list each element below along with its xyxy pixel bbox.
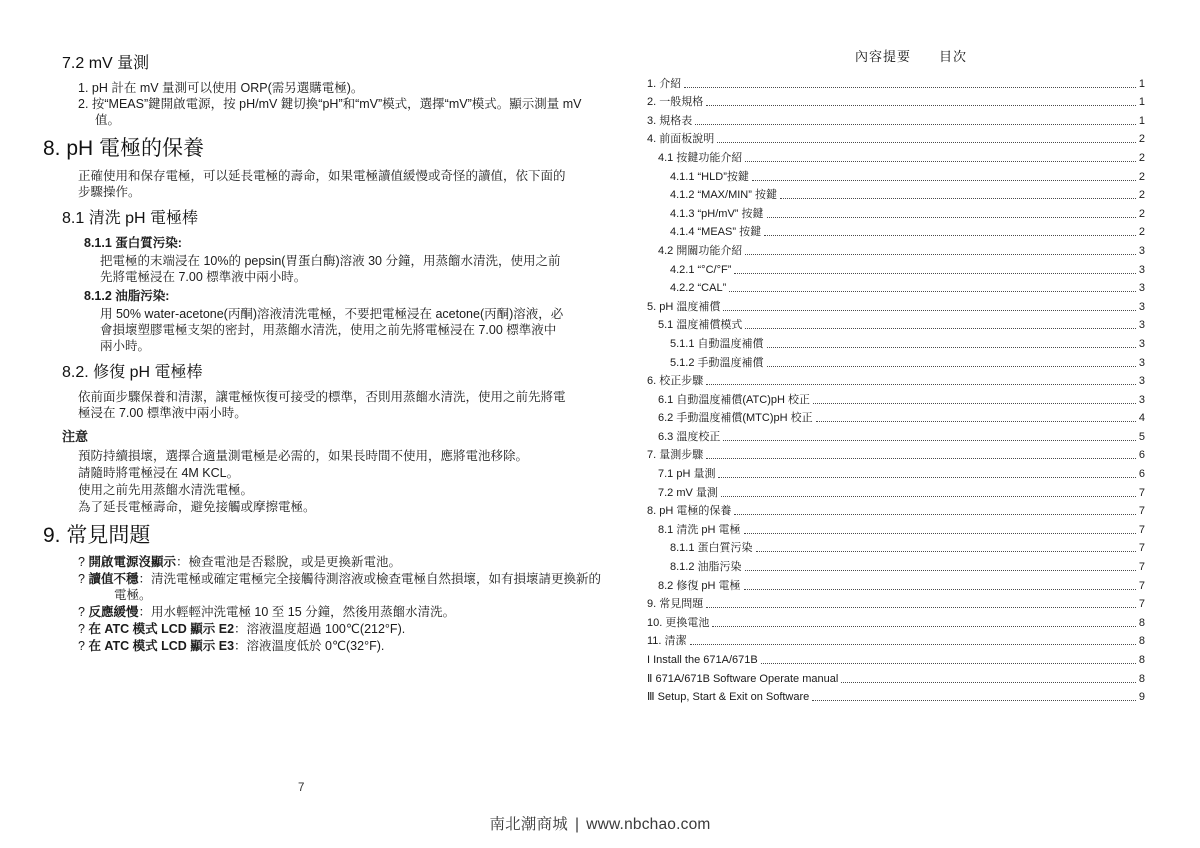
footer-separator: | <box>575 816 579 833</box>
paragraph-8-2: 依前面步驟保養和清潔，讓電極恢復可接受的標準，否則用蒸餾水清洗，使用之前先將電極… <box>78 389 567 421</box>
toc-entry: 4.1.2 “MAX/MIN” 按鍵2 <box>647 184 1145 203</box>
toc-entry: 8.2 修復 pH 電極7 <box>647 574 1145 593</box>
toc-leader-dots <box>745 570 1136 571</box>
heading-8-2: 8.2. 修復 pH 電極棒 <box>62 364 567 382</box>
faq-item-2: ? 讀值不穩：清洗電極或確定電極完全接觸待測溶液或檢查電極自然損壞，如有損壞請更… <box>78 571 603 603</box>
toc-entry-page: 2 <box>1139 151 1145 165</box>
toc-entry: 7.1 pH 量測6 <box>647 462 1145 481</box>
paragraph-8-1-1: 把電極的末端浸在 10%的 pepsin(胃蛋白酶)溶液 30 分鐘，用蒸餾水清… <box>100 253 567 285</box>
toc-title: 內容提要 目次 <box>677 46 1145 65</box>
toc-entry: 4.1.3 “pH/mV” 按鍵2 <box>647 202 1145 221</box>
left-page-content: 7.2 mV 量測1. pH 計在 mV 量測可以使用 ORP(需另選購電極)。… <box>62 55 567 655</box>
toc-entry-label: 4.2 開關功能介紹 <box>658 244 742 258</box>
toc-leader-dots <box>706 607 1136 608</box>
toc-entry-page: 2 <box>1139 188 1145 202</box>
faq-item-5-label: 在 ATC 模式 LCD 顯示 E3 <box>88 639 234 653</box>
toc-leader-dots <box>780 198 1136 199</box>
toc-entry-label: 10. 更換電池 <box>647 616 709 630</box>
toc-entry-label: 9. 常見問題 <box>647 597 703 611</box>
toc-entry-page: 9 <box>1139 690 1145 704</box>
toc-leader-dots <box>706 458 1136 459</box>
toc-entry-page: 4 <box>1139 411 1145 425</box>
toc-entry-label: 5. pH 溫度補償 <box>647 300 720 314</box>
toc-entry-page: 2 <box>1139 225 1145 239</box>
toc-entry-page: 3 <box>1139 244 1145 258</box>
toc-leader-dots <box>744 533 1136 534</box>
toc-entry-page: 1 <box>1139 95 1145 109</box>
note-line-2: 請隨時將電極浸在 4M KCL。 <box>78 465 567 481</box>
toc-entry: 5.1.2 手動溫度補償3 <box>647 351 1145 370</box>
toc-entry: 11. 清潔8 <box>647 630 1145 649</box>
toc-leader-dots <box>734 273 1136 274</box>
toc-entry-page: 2 <box>1139 132 1145 146</box>
heading-8: 8. pH 電極的保養 <box>43 137 567 161</box>
toc-entry-label: 4. 前面板說明 <box>647 132 714 146</box>
toc-entry-page: 8 <box>1139 634 1145 648</box>
faq-item-2-label: 讀值不穩 <box>88 572 138 586</box>
toc-entry: 8.1.1 蛋白質污染7 <box>647 537 1145 556</box>
page-number: 7 <box>298 782 304 794</box>
toc-leader-dots <box>734 514 1136 515</box>
heading-note: 注意 <box>62 429 567 445</box>
toc-entry: 4.2.1 “°C/°F”3 <box>647 258 1145 277</box>
toc-entry-label: 8.1 清洗 pH 電極 <box>658 523 741 537</box>
note-line-4: 為了延長電極壽命，避免接觸或摩擦電極。 <box>78 499 567 515</box>
faq-item-4: ? 在 ATC 模式 LCD 顯示 E2：溶液溫度超過 100℃(212°F). <box>78 621 603 637</box>
toc-leader-dots <box>752 180 1136 181</box>
faq-item-1: ? 開啟電源沒顯示：檢查電池是否鬆脫，或是更換新電池。 <box>78 554 603 570</box>
toc-entry-label: 4.2.2 “CAL” <box>670 281 726 295</box>
toc-entry-label: 7.2 mV 量測 <box>658 486 718 500</box>
toc-entry-page: 3 <box>1139 281 1145 295</box>
faq-item-3: ? 反應緩慢：用水輕輕沖洗電極 10 至 15 分鐘，然後用蒸餾水清洗。 <box>78 604 603 620</box>
toc-entry: Ⅱ 671A/671B Software Operate manual8 <box>647 667 1145 686</box>
toc-entry-label: 8. pH 電極的保養 <box>647 504 731 518</box>
toc-leader-dots <box>706 105 1136 106</box>
heading-9: 9. 常見問題 <box>43 524 567 548</box>
toc-entry-label: 8.1.1 蛋白質污染 <box>670 541 753 555</box>
heading-8-1: 8.1 清洗 pH 電極棒 <box>62 210 567 228</box>
toc-entry-page: 6 <box>1139 448 1145 462</box>
toc-leader-dots <box>712 626 1136 627</box>
toc-entry-label: 4.1.3 “pH/mV” 按鍵 <box>670 207 764 221</box>
toc-leader-dots <box>723 440 1136 441</box>
toc-entry-label: I Install the 671A/671B <box>647 653 758 667</box>
toc-entry-page: 7 <box>1139 523 1145 537</box>
footer-site-name: 南北潮商城 <box>489 816 568 833</box>
faq-item-1-label: 開啟電源沒顯示 <box>88 555 176 569</box>
toc-leader-dots <box>695 124 1136 125</box>
toc-entry-label: 5.1.2 手動溫度補償 <box>670 356 764 370</box>
toc-entry-label: 11. 清潔 <box>647 634 687 648</box>
toc-entry-label: 8.1.2 油脂污染 <box>670 560 742 574</box>
toc-entry-label: 1. 介紹 <box>647 77 681 91</box>
toc-leader-dots <box>744 589 1136 590</box>
toc-entry: 4.1.4 “MEAS” 按鍵2 <box>647 221 1145 240</box>
toc-entry-label: 6.1 自動溫度補償(ATC)pH 校正 <box>658 393 810 407</box>
toc-leader-dots <box>841 682 1136 683</box>
toc-leader-dots <box>813 403 1136 404</box>
toc-leader-dots <box>767 366 1136 367</box>
toc-entry-page: 3 <box>1139 374 1145 388</box>
toc-leader-dots <box>706 384 1136 385</box>
toc-entry-label: 3. 規格表 <box>647 114 692 128</box>
toc-entry-label: 4.1.4 “MEAS” 按鍵 <box>670 225 761 239</box>
note-line-3: 使用之前先用蒸餾水清洗電極。 <box>78 482 567 498</box>
toc-leader-dots <box>729 291 1136 292</box>
toc-entry: 9. 常見問題7 <box>647 593 1145 612</box>
toc-entry-label: Ⅲ Setup, Start & Exit on Software <box>647 690 809 704</box>
toc-leader-dots <box>684 87 1136 88</box>
toc-entry: 8. pH 電極的保養7 <box>647 500 1145 519</box>
toc-leader-dots <box>816 421 1136 422</box>
heading-7-2: 7.2 mV 量測 <box>62 55 567 73</box>
heading-8-1-2: 8.1.2 油脂污染: <box>84 288 567 304</box>
toc-entry-page: 3 <box>1139 318 1145 332</box>
toc-entry-page: 2 <box>1139 207 1145 221</box>
toc-entry: 7. 量測步驟6 <box>647 444 1145 463</box>
toc-leader-dots <box>767 217 1136 218</box>
toc-entry: 5.1.1 自動溫度補償3 <box>647 332 1145 351</box>
footer-url-link[interactable]: www.nbchao.com <box>586 816 710 833</box>
toc-leader-dots <box>756 551 1136 552</box>
toc-entry-page: 3 <box>1139 300 1145 314</box>
toc-entry: 2. 一般規格1 <box>647 91 1145 110</box>
toc-leader-dots <box>764 235 1136 236</box>
toc-entry-label: 6.2 手動溫度補償(MTC)pH 校正 <box>658 411 813 425</box>
faq-item-4-label: 在 ATC 模式 LCD 顯示 E2 <box>88 622 234 636</box>
toc-entry: 6. 校正步驟3 <box>647 370 1145 389</box>
toc-entry-page: 1 <box>1139 77 1145 91</box>
toc-entry-label: 8.2 修復 pH 電極 <box>658 579 741 593</box>
toc-entry-label: 4.1.1 “HLD”按鍵 <box>670 170 749 184</box>
note-line-1: 預防持續損壞，選擇合適量測電極是必需的，如果長時間不使用，應將電池移除。 <box>78 448 567 464</box>
toc-entry-page: 3 <box>1139 393 1145 407</box>
faq-item-3-label: 反應緩慢 <box>88 605 138 619</box>
toc-entry: 8.1 清洗 pH 電極7 <box>647 518 1145 537</box>
toc-leader-dots <box>690 644 1136 645</box>
table-of-contents: 內容提要 目次 1. 介紹12. 一般規格13. 規格表14. 前面板說明24.… <box>647 46 1145 704</box>
toc-entry-label: 5.1 溫度補償模式 <box>658 318 742 332</box>
toc-entry-page: 2 <box>1139 170 1145 184</box>
toc-leader-dots <box>767 347 1136 348</box>
toc-entry: 4. 前面板說明2 <box>647 128 1145 147</box>
toc-list: 1. 介紹12. 一般規格13. 規格表14. 前面板說明24.1 按鍵功能介紹… <box>647 72 1145 704</box>
toc-entry: 5.1 溫度補償模式3 <box>647 314 1145 333</box>
toc-entry-label: 7. 量測步驟 <box>647 448 703 462</box>
toc-entry-page: 1 <box>1139 114 1145 128</box>
toc-entry-label: 4.1 按鍵功能介紹 <box>658 151 742 165</box>
toc-entry-page: 3 <box>1139 356 1145 370</box>
toc-entry-page: 7 <box>1139 541 1145 555</box>
toc-entry-label: 2. 一般規格 <box>647 95 703 109</box>
toc-entry: 5. pH 溫度補償3 <box>647 295 1145 314</box>
toc-entry: 8.1.2 油脂污染7 <box>647 555 1145 574</box>
toc-entry-label: Ⅱ 671A/671B Software Operate manual <box>647 672 838 686</box>
toc-leader-dots <box>745 328 1136 329</box>
toc-entry-page: 8 <box>1139 616 1145 630</box>
toc-entry: 7.2 mV 量測7 <box>647 481 1145 500</box>
toc-leader-dots <box>723 310 1136 311</box>
toc-entry-label: 4.2.1 “°C/°F” <box>670 263 731 277</box>
toc-leader-dots <box>812 700 1136 701</box>
toc-entry: 6.1 自動溫度補償(ATC)pH 校正3 <box>647 388 1145 407</box>
paragraph-8-intro: 正確使用和保存電極，可以延長電極的壽命，如果電極讀值緩慢或奇怪的讀值，依下面的步… <box>78 168 567 200</box>
heading-8-1-1: 8.1.1 蛋白質污染: <box>84 235 567 251</box>
faq-item-5: ? 在 ATC 模式 LCD 顯示 E3：溶液溫度低於 0℃(32°F). <box>78 638 603 654</box>
toc-entry-label: 6. 校正步驟 <box>647 374 703 388</box>
toc-entry-page: 8 <box>1139 672 1145 686</box>
toc-entry-page: 7 <box>1139 560 1145 574</box>
toc-entry-page: 6 <box>1139 467 1145 481</box>
toc-entry-page: 3 <box>1139 263 1145 277</box>
toc-entry-label: 6.3 溫度校正 <box>658 430 720 444</box>
toc-leader-dots <box>745 254 1136 255</box>
toc-entry-page: 5 <box>1139 430 1145 444</box>
toc-entry-label: 5.1.1 自動溫度補償 <box>670 337 764 351</box>
toc-entry: 6.3 溫度校正5 <box>647 425 1145 444</box>
toc-entry: Ⅲ Setup, Start & Exit on Software9 <box>647 686 1145 705</box>
toc-entry: 10. 更換電池8 <box>647 611 1145 630</box>
toc-entry: 4.1 按鍵功能介紹2 <box>647 146 1145 165</box>
toc-entry-page: 7 <box>1139 579 1145 593</box>
toc-entry: 6.2 手動溫度補償(MTC)pH 校正4 <box>647 407 1145 426</box>
list-item-1: 1. pH 計在 mV 量測可以使用 ORP(需另選購電極)。 <box>78 80 584 96</box>
toc-entry-label: 7.1 pH 量測 <box>658 467 715 481</box>
toc-entry: 4.2 開關功能介紹3 <box>647 239 1145 258</box>
toc-leader-dots <box>761 663 1136 664</box>
toc-entry-page: 7 <box>1139 504 1145 518</box>
toc-entry: 3. 規格表1 <box>647 109 1145 128</box>
site-footer: 南北潮商城|www.nbchao.com <box>0 812 1200 834</box>
toc-entry-page: 3 <box>1139 337 1145 351</box>
toc-leader-dots <box>721 496 1136 497</box>
toc-leader-dots <box>717 142 1136 143</box>
document-page: 7.2 mV 量測1. pH 計在 mV 量測可以使用 ORP(需另選購電極)。… <box>0 0 1200 848</box>
list-item-2: 2. 按“MEAS”鍵開啟電源，按 pH/mV 鍵切換“pH”和“mV”模式，選… <box>78 96 584 128</box>
toc-entry: I Install the 671A/671B8 <box>647 648 1145 667</box>
toc-entry: 1. 介紹1 <box>647 72 1145 91</box>
toc-entry: 4.2.2 “CAL”3 <box>647 277 1145 296</box>
paragraph-8-1-2: 用 50% water-acetone(丙酮)溶液清洗電極，不要把電極浸在 ac… <box>100 306 567 354</box>
toc-leader-dots <box>745 161 1136 162</box>
toc-entry-label: 4.1.2 “MAX/MIN” 按鍵 <box>670 188 777 202</box>
toc-entry-page: 7 <box>1139 486 1145 500</box>
toc-entry: 4.1.1 “HLD”按鍵2 <box>647 165 1145 184</box>
toc-entry-page: 7 <box>1139 597 1145 611</box>
toc-entry-page: 8 <box>1139 653 1145 667</box>
toc-leader-dots <box>718 477 1135 478</box>
